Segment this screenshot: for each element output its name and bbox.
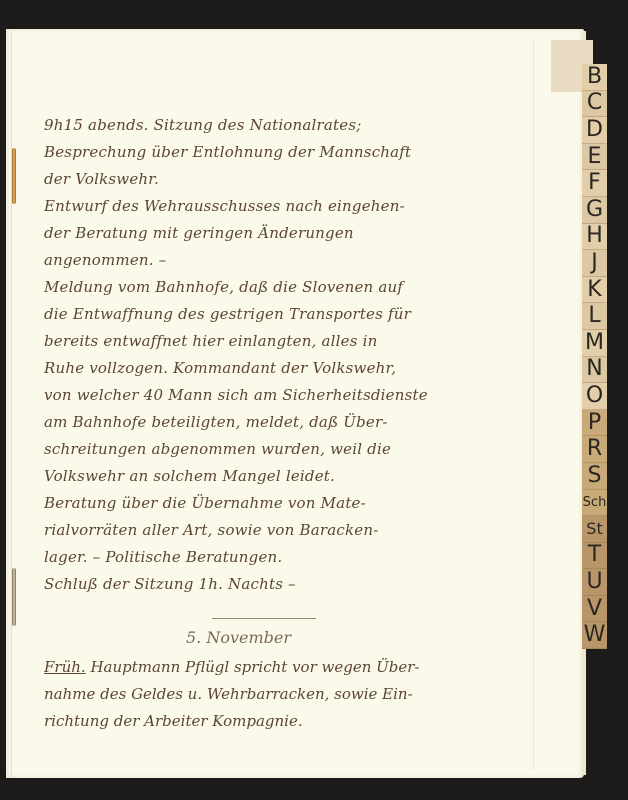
index-tab-j[interactable]: J [582,250,607,277]
entry-1-line: der Beratung mit geringen Änderungen [44,220,564,247]
entry-1-line: 9h15 abends. Sitzung des Nationalrates; [44,112,564,139]
index-tab-w[interactable]: W [582,622,607,649]
entry-2-line: richtung der Arbeiter Kompagnie. [44,708,564,735]
index-tab-k[interactable]: K [582,277,607,304]
entry-1-line: Besprechung über Entlohnung der Mannscha… [44,139,564,166]
index-tab-e[interactable]: E [582,144,607,171]
index-tab-o[interactable]: O [582,383,607,410]
index-tab-d[interactable]: D [582,117,607,144]
entry-1-line: Volkswehr an solchem Mangel leidet. [44,463,564,490]
entry-1-text: 9h15 abends. Sitzung des Nationalrates;B… [44,112,564,598]
entry-2-line-text: Hauptmann Pflügl spricht vor wegen Über- [90,658,419,676]
binding-stitch-bottom [12,568,16,626]
section-divider [212,618,316,619]
entry-1-line: schreitungen abgenommen wurden, weil die [44,436,564,463]
index-tab-s[interactable]: S [582,463,607,490]
alphabet-index-tabs: BCDEFGHJKLMNOPRSSchStTUVW [582,64,607,649]
entry-2-text: Früh. Hauptmann Pflügl spricht vor wegen… [44,654,564,735]
binding-stitch-top [12,148,16,204]
index-tab-m[interactable]: M [582,330,607,357]
entry-1-line: die Entwaffnung des gestrigen Transporte… [44,301,564,328]
index-tab-r[interactable]: R [582,436,607,463]
entry-1-line: Schluß der Sitzung 1h. Nachts – [44,571,564,598]
entry-2-line: nahme des Geldes u. Wehrbarracken, sowie… [44,681,564,708]
index-tab-h[interactable]: H [582,224,607,251]
entry-1-line: von welcher 40 Mann sich am Sicherheitsd… [44,382,564,409]
entry-1-line: bereits entwaffnet hier einlangten, alle… [44,328,564,355]
index-tab-u[interactable]: U [582,569,607,596]
index-tab-p[interactable]: P [582,410,607,437]
index-tab-sch[interactable]: Sch [582,490,607,517]
entry-1-line: Meldung vom Bahnhofe, daß die Slovenen a… [44,274,564,301]
entry-1-line: am Bahnhofe beteiligten, meldet, daß Übe… [44,409,564,436]
entry-1-line: rialvorräten aller Art, sowie von Barack… [44,517,564,544]
index-tab-b[interactable]: B [582,64,607,91]
index-tab-g[interactable]: G [582,197,607,224]
entry-1-line: lager. – Politische Beratungen. [44,544,564,571]
entry-1-line: Ruhe vollzogen. Kommandant der Volkswehr… [44,355,564,382]
entry-1-line: Entwurf des Wehrausschusses nach eingehe… [44,193,564,220]
index-tab-f[interactable]: F [582,170,607,197]
index-tab-l[interactable]: L [582,303,607,330]
index-tab-st[interactable]: St [582,516,607,543]
entry-2-line: Früh. Hauptmann Pflügl spricht vor wegen… [44,654,564,681]
date-heading: 5. November [186,628,346,647]
binding-gutter [11,32,12,776]
index-tab-c[interactable]: C [582,91,607,118]
entry-1-line: der Volkswehr. [44,166,564,193]
entry-1-line: angenommen. – [44,247,564,274]
index-tab-t[interactable]: T [582,543,607,570]
entry-1-line: Beratung über die Übernahme von Mate- [44,490,564,517]
entry-2-label: Früh. [44,658,86,676]
index-tab-n[interactable]: N [582,357,607,384]
index-tab-v[interactable]: V [582,596,607,623]
